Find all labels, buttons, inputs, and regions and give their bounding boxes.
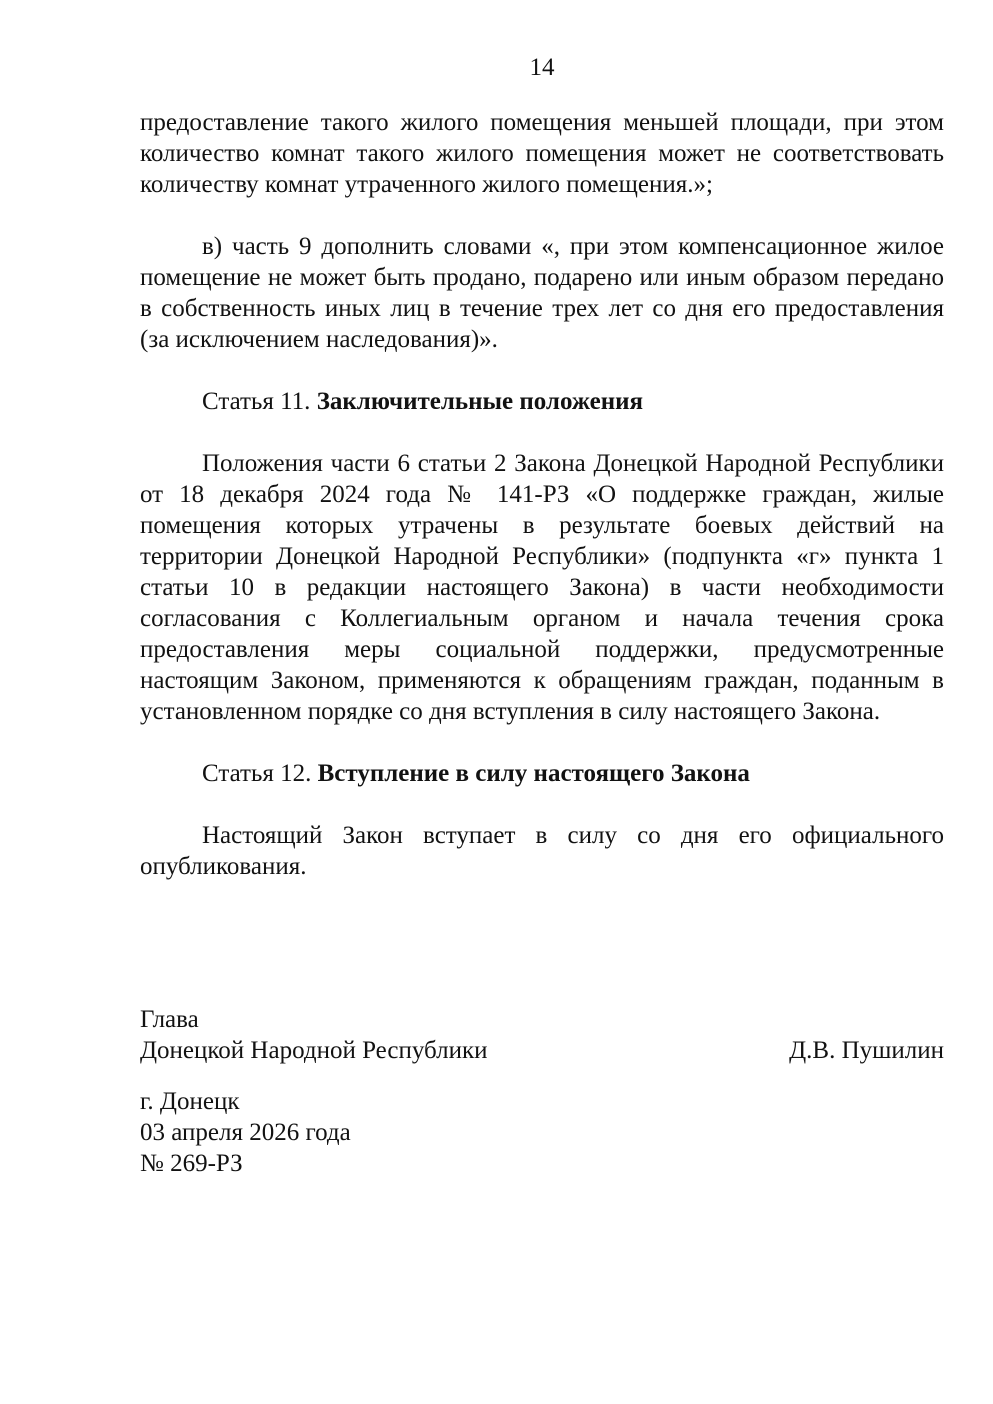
paragraph-item-v: в) часть 9 дополнить словами «, при этом… bbox=[140, 231, 944, 355]
document-footer: г. Донецк 03 апреля 2026 года № 269-РЗ bbox=[140, 1086, 944, 1179]
paragraph-article-11: Положения части 6 статьи 2 Закона Донецк… bbox=[140, 448, 944, 727]
page-number: 14 bbox=[140, 52, 944, 83]
signature-role-line-1: Глава bbox=[140, 1004, 488, 1035]
signature-name: Д.В. Пушилин bbox=[789, 1035, 944, 1066]
signature-block: Глава Донецкой Народной Республики Д.В. … bbox=[140, 1004, 944, 1066]
signature-role-line-2: Донецкой Народной Республики bbox=[140, 1035, 488, 1066]
paragraph-continuation: предоставление такого жилого помещения м… bbox=[140, 107, 944, 200]
article-11-heading: Статья 11. Заключительные положения bbox=[140, 386, 944, 417]
article-11-label: Статья 11. bbox=[202, 388, 310, 415]
paragraph-article-12: Настоящий Закон вступает в силу со дня е… bbox=[140, 820, 944, 882]
article-11-title: Заключительные положения bbox=[317, 388, 643, 415]
footer-date: 03 апреля 2026 года bbox=[140, 1117, 944, 1148]
document-page: 14 предоставление такого жилого помещени… bbox=[0, 0, 993, 1404]
signature-role: Глава Донецкой Народной Республики bbox=[140, 1004, 488, 1066]
footer-city: г. Донецк bbox=[140, 1086, 944, 1117]
footer-law-number: № 269-РЗ bbox=[140, 1148, 944, 1179]
article-12-title: Вступление в силу настоящего Закона bbox=[318, 760, 750, 787]
article-12-label: Статья 12. bbox=[202, 760, 311, 787]
article-12-heading: Статья 12. Вступление в силу настоящего … bbox=[140, 758, 944, 789]
